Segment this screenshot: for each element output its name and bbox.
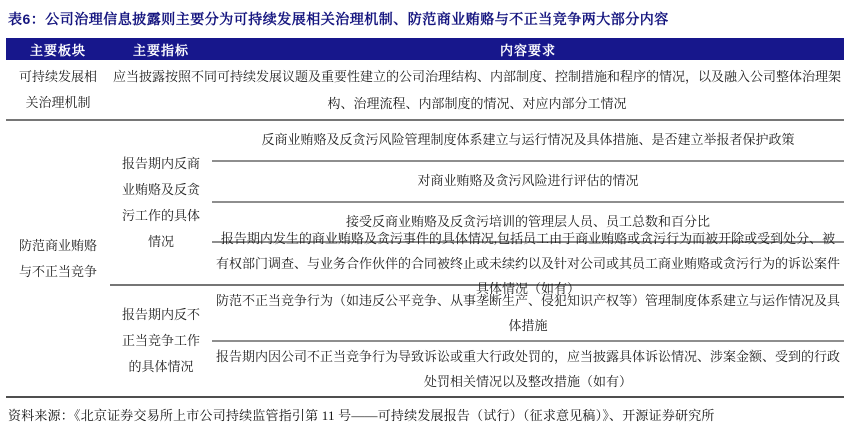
indicator-cell-unfair-competition: 报告期内反不正当竞争工作的具体情况 bbox=[110, 286, 212, 396]
requirement-row: 对商业贿赂及贪污风险进行评估的情况 bbox=[212, 160, 844, 201]
requirement-list: 反商业贿赂及反贪污风险管理制度体系建立与运行情况及具体措施、是否建立举报者保护政… bbox=[212, 121, 844, 284]
requirement-row: 防范不正当竞争行为（如违反公平竞争、从事垄断生产、侵犯知识产权等）管理制度体系建… bbox=[212, 286, 844, 340]
disclosure-table: 主要板块 主要指标 内容要求 可持续发展相关治理机制 应当披露按照不同可持续发展… bbox=[6, 38, 844, 398]
indicator-group-unfair-competition: 报告期内反不正当竞争工作的具体情况 防范不正当竞争行为（如违反公平竞争、从事垄断… bbox=[110, 284, 844, 396]
column-header-module: 主要板块 bbox=[6, 40, 110, 59]
table-title: 表6：公司治理信息披露则主要分为可持续发展相关治理机制、防范商业贿赂与不正当竞争… bbox=[6, 9, 844, 29]
indicator-subgroups: 报告期内反商业贿赂及反贪污工作的具体情况 反商业贿赂及反贪污风险管理制度体系建立… bbox=[110, 121, 844, 396]
requirement-row: 反商业贿赂及反贪污风险管理制度体系建立与运行情况及具体措施、是否建立举报者保护政… bbox=[212, 121, 844, 160]
research-report-table-page: 表6：公司治理信息披露则主要分为可持续发展相关治理机制、防范商业贿赂与不正当竞争… bbox=[0, 0, 848, 423]
requirement-row: 报告期内发生的商业贿赂及贪污事件的具体情况,包括员工由于商业贿赂或贪污行为而被开… bbox=[212, 241, 844, 284]
module-cell-sustainability: 可持续发展相关治理机制 bbox=[6, 60, 110, 119]
indicator-group-anti-bribery: 报告期内反商业贿赂及反贪污工作的具体情况 反商业贿赂及反贪污风险管理制度体系建立… bbox=[110, 121, 844, 284]
column-header-requirement: 内容要求 bbox=[212, 40, 844, 59]
requirement-list: 防范不正当竞争行为（如违反公平竞争、从事垄断生产、侵犯知识产权等）管理制度体系建… bbox=[212, 286, 844, 396]
column-header-indicator: 主要指标 bbox=[110, 40, 212, 59]
module-cell-anti-bribery: 防范商业贿赂与不正当竞争 bbox=[6, 121, 110, 396]
table-group-anti-bribery-competition: 防范商业贿赂与不正当竞争 报告期内反商业贿赂及反贪污工作的具体情况 反商业贿赂及… bbox=[6, 119, 844, 396]
table-group-sustainability-governance: 可持续发展相关治理机制 应当披露按照不同可持续发展议题及重要性建立的公司治理结构… bbox=[6, 60, 844, 119]
requirement-row: 报告期内因公司不正当竞争行为导致诉讼或重大行政处罚的，应当披露具体诉讼情况、涉案… bbox=[212, 340, 844, 396]
indicator-cell-anti-bribery: 报告期内反商业贿赂及反贪污工作的具体情况 bbox=[110, 121, 212, 284]
requirement-cell-sustainability: 应当披露按照不同可持续发展议题及重要性建立的公司治理结构、内部制度、控制措施和程… bbox=[110, 60, 844, 119]
source-note: 资料来源：《北京证券交易所上市公司持续监管指引第 11 号——可持续发展报告（试… bbox=[6, 405, 844, 423]
table-header-row: 主要板块 主要指标 内容要求 bbox=[6, 38, 844, 60]
